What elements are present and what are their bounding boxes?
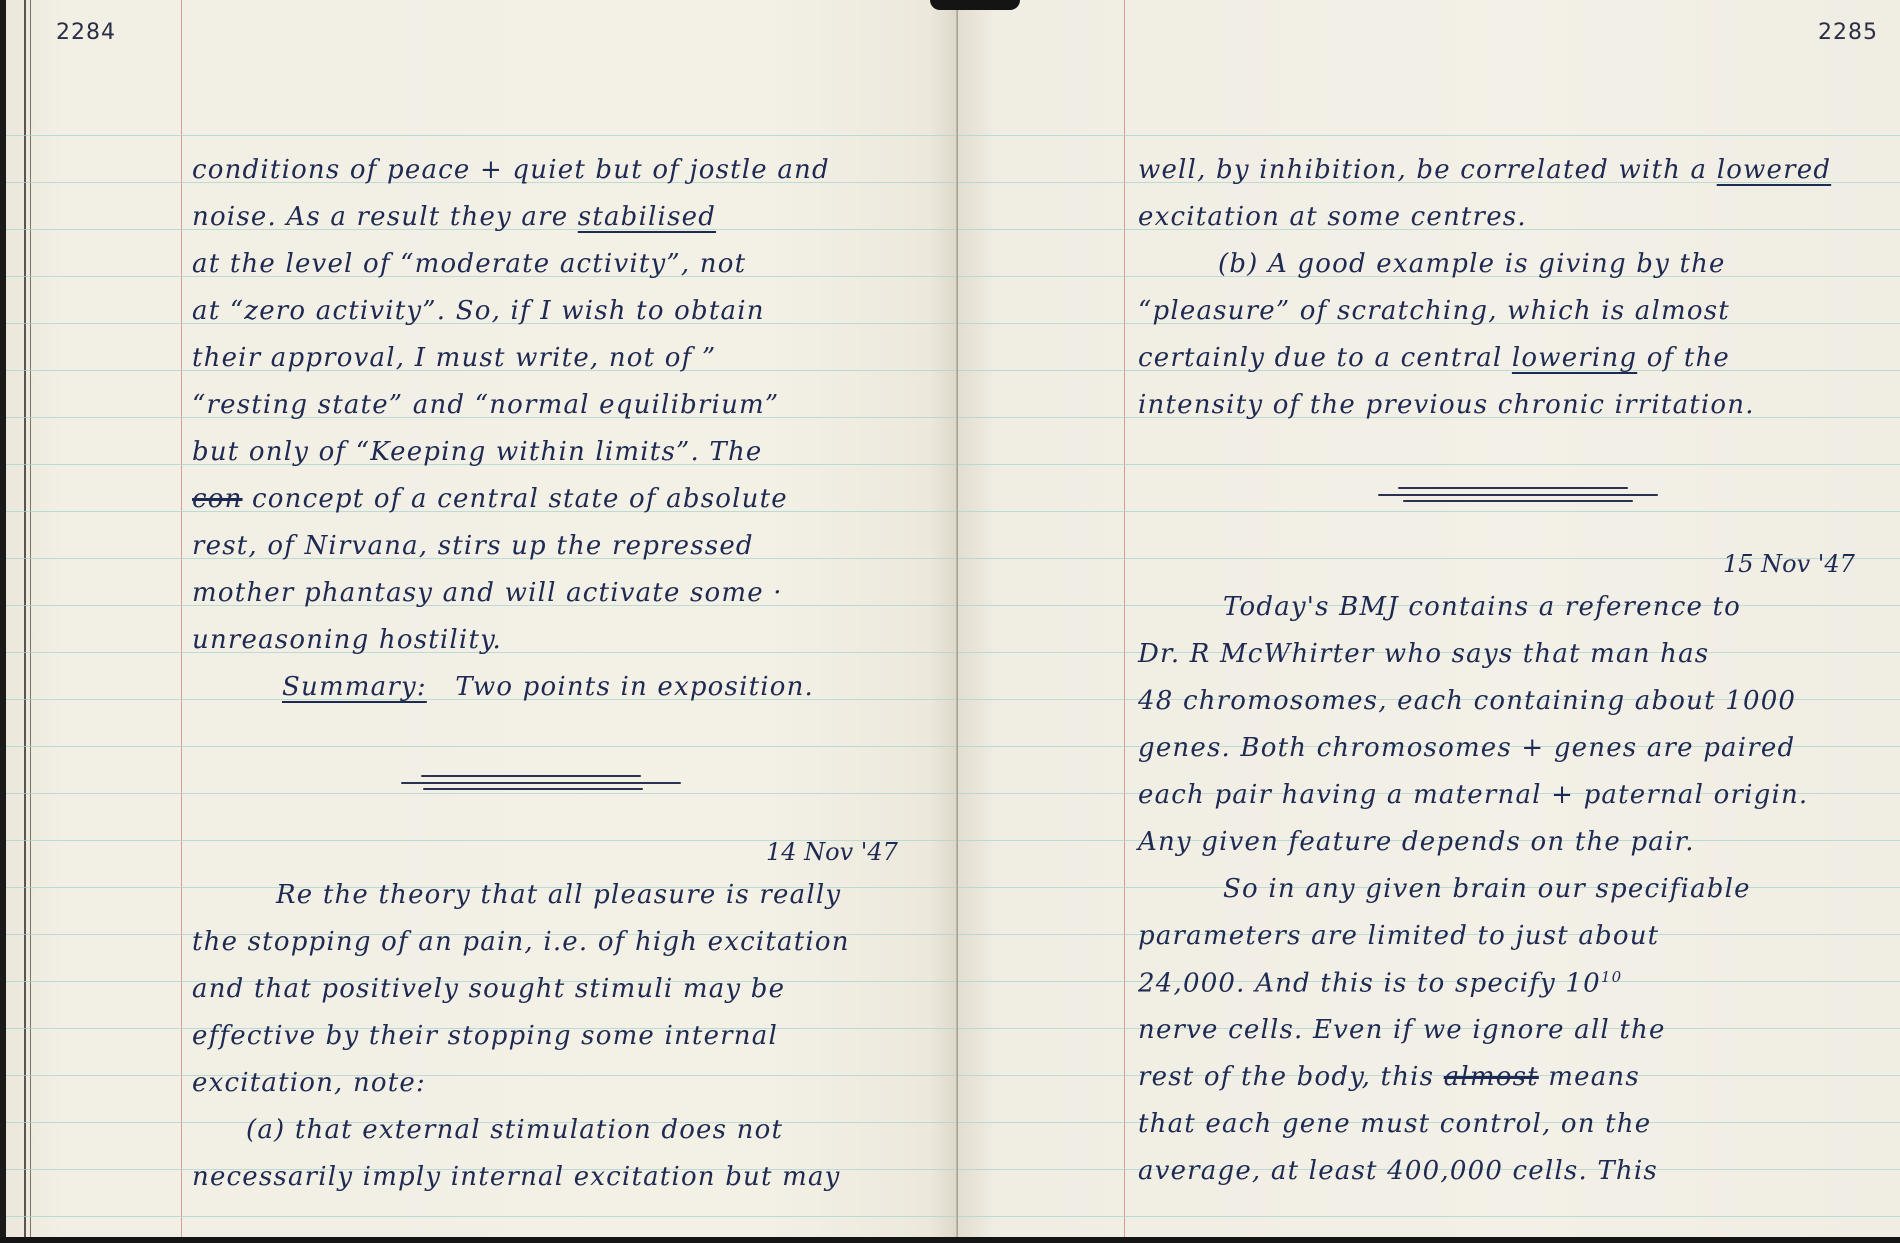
handwritten-line: certainly due to a central lowering of t… bbox=[1138, 343, 1730, 373]
handwritten-line: the stopping of an pain, i.e. of high ex… bbox=[192, 927, 850, 957]
line-text: well, by inhibition, be correlated with … bbox=[1138, 155, 1717, 185]
handwritten-line: 24,000. And this is to specify 1010 bbox=[1138, 968, 1622, 999]
handwritten-line: “resting state” and “normal equilibrium” bbox=[192, 390, 779, 420]
struck-word: almost bbox=[1444, 1062, 1539, 1092]
handwritten-line: intensity of the previous chronic irrita… bbox=[1138, 390, 1755, 420]
line-text: rest of the body, this bbox=[1138, 1062, 1444, 1092]
handwritten-line: genes. Both chromosomes + genes are pair… bbox=[1138, 733, 1795, 763]
handwritten-line: well, by inhibition, be correlated with … bbox=[1138, 155, 1831, 185]
underlined-word: stabilised bbox=[578, 202, 716, 232]
handwritten-line: Any given feature depends on the pair. bbox=[1138, 827, 1695, 857]
handwritten-line: noise. As a result they are stabilised bbox=[192, 202, 716, 232]
handwritten-line: at the level of “moderate activity”, not bbox=[192, 249, 746, 279]
handwritten-line: rest, of Nirvana, stirs up the repressed bbox=[192, 531, 754, 561]
handwritten-line: necessarily imply internal excitation bu… bbox=[192, 1162, 841, 1192]
line-text: concept of a central state of absolute bbox=[243, 484, 788, 514]
ruled-line bbox=[6, 1075, 958, 1076]
handwritten-line: at “zero activity”. So, if I wish to obt… bbox=[192, 296, 765, 326]
handwritten-line: their approval, I must write, not of ” bbox=[192, 343, 716, 373]
struck-word: con bbox=[192, 484, 243, 514]
entry-date: 14 Nov '47 bbox=[766, 838, 898, 866]
handwritten-line: Today's BMJ contains a reference to bbox=[1223, 592, 1741, 622]
handwritten-line: Re the theory that all pleasure is reall… bbox=[276, 880, 841, 910]
handwritten-line: rest of the body, this almost means bbox=[1138, 1062, 1640, 1092]
handwritten-line: mother phantasy and will activate some · bbox=[192, 578, 783, 608]
handwritten-line: conditions of peace + quiet but of jostl… bbox=[192, 155, 830, 185]
ruled-line bbox=[6, 746, 958, 747]
book-bottom-edge bbox=[0, 1237, 1900, 1243]
handwritten-line: So in any given brain our specifiable bbox=[1223, 874, 1751, 904]
ruled-line bbox=[958, 464, 1900, 465]
handwritten-line: con concept of a central state of absolu… bbox=[192, 484, 788, 514]
summary-label: Summary: bbox=[282, 672, 427, 702]
right-page: 2285 well, by inhibition, be correlated … bbox=[958, 0, 1900, 1238]
handwritten-line: parameters are limited to just about bbox=[1138, 921, 1659, 951]
left-margin-line bbox=[181, 0, 182, 1238]
underlined-word: lowering bbox=[1512, 343, 1637, 373]
notebook-spread: 2284 conditions of peace + quiet but of … bbox=[0, 0, 1900, 1243]
section-divider bbox=[401, 775, 681, 795]
page-edge-lines bbox=[24, 0, 31, 1238]
ruled-line bbox=[958, 511, 1900, 512]
summary-line: Summary: Two points in exposition. bbox=[282, 672, 814, 702]
line-text: 24,000. And this is to specify 10 bbox=[1138, 969, 1601, 999]
page-number: 2284 bbox=[56, 20, 116, 45]
ruled-line bbox=[958, 1216, 1900, 1217]
handwritten-line: but only of “Keeping within limits”. The bbox=[192, 437, 763, 467]
section-divider bbox=[1378, 487, 1658, 507]
summary-text: Two points in exposition. bbox=[455, 672, 814, 702]
handwritten-line: Dr. R McWhirter who says that man has bbox=[1138, 639, 1709, 669]
handwritten-line: effective by their stopping some interna… bbox=[192, 1021, 778, 1051]
handwritten-line: excitation, note: bbox=[192, 1068, 426, 1098]
ruled-line bbox=[6, 135, 958, 136]
handwritten-line: and that positively sought stimuli may b… bbox=[192, 974, 785, 1004]
handwritten-line: average, at least 400,000 cells. This bbox=[1138, 1156, 1658, 1186]
line-text: means bbox=[1539, 1062, 1640, 1092]
handwritten-line: unreasoning hostility. bbox=[192, 625, 502, 655]
ruled-line bbox=[958, 135, 1900, 136]
line-text: certainly due to a central bbox=[1138, 343, 1512, 373]
page-number: 2285 bbox=[1818, 20, 1878, 45]
handwritten-line: (a) that external stimulation does not bbox=[246, 1115, 783, 1145]
handwritten-line: “pleasure” of scratching, which is almos… bbox=[1138, 296, 1730, 326]
line-text: noise. As a result they are bbox=[192, 202, 578, 232]
entry-date: 15 Nov '47 bbox=[1723, 550, 1855, 578]
underlined-word: lowered bbox=[1717, 155, 1831, 185]
handwritten-line: each pair having a maternal + paternal o… bbox=[1138, 780, 1808, 810]
line-text: of the bbox=[1637, 343, 1730, 373]
handwritten-line: 48 chromosomes, each containing about 10… bbox=[1138, 686, 1796, 716]
handwritten-line: excitation at some centres. bbox=[1138, 202, 1527, 232]
ruled-line bbox=[6, 1216, 958, 1217]
left-page: 2284 conditions of peace + quiet but of … bbox=[6, 0, 958, 1238]
handwritten-line: (b) A good example is giving by the bbox=[1218, 249, 1726, 279]
book-top-shadow bbox=[930, 0, 1020, 10]
handwritten-line: nerve cells. Even if we ignore all the bbox=[1138, 1015, 1666, 1045]
exponent: 10 bbox=[1601, 968, 1623, 986]
left-margin-line bbox=[1124, 0, 1125, 1238]
handwritten-line: that each gene must control, on the bbox=[1138, 1109, 1651, 1139]
